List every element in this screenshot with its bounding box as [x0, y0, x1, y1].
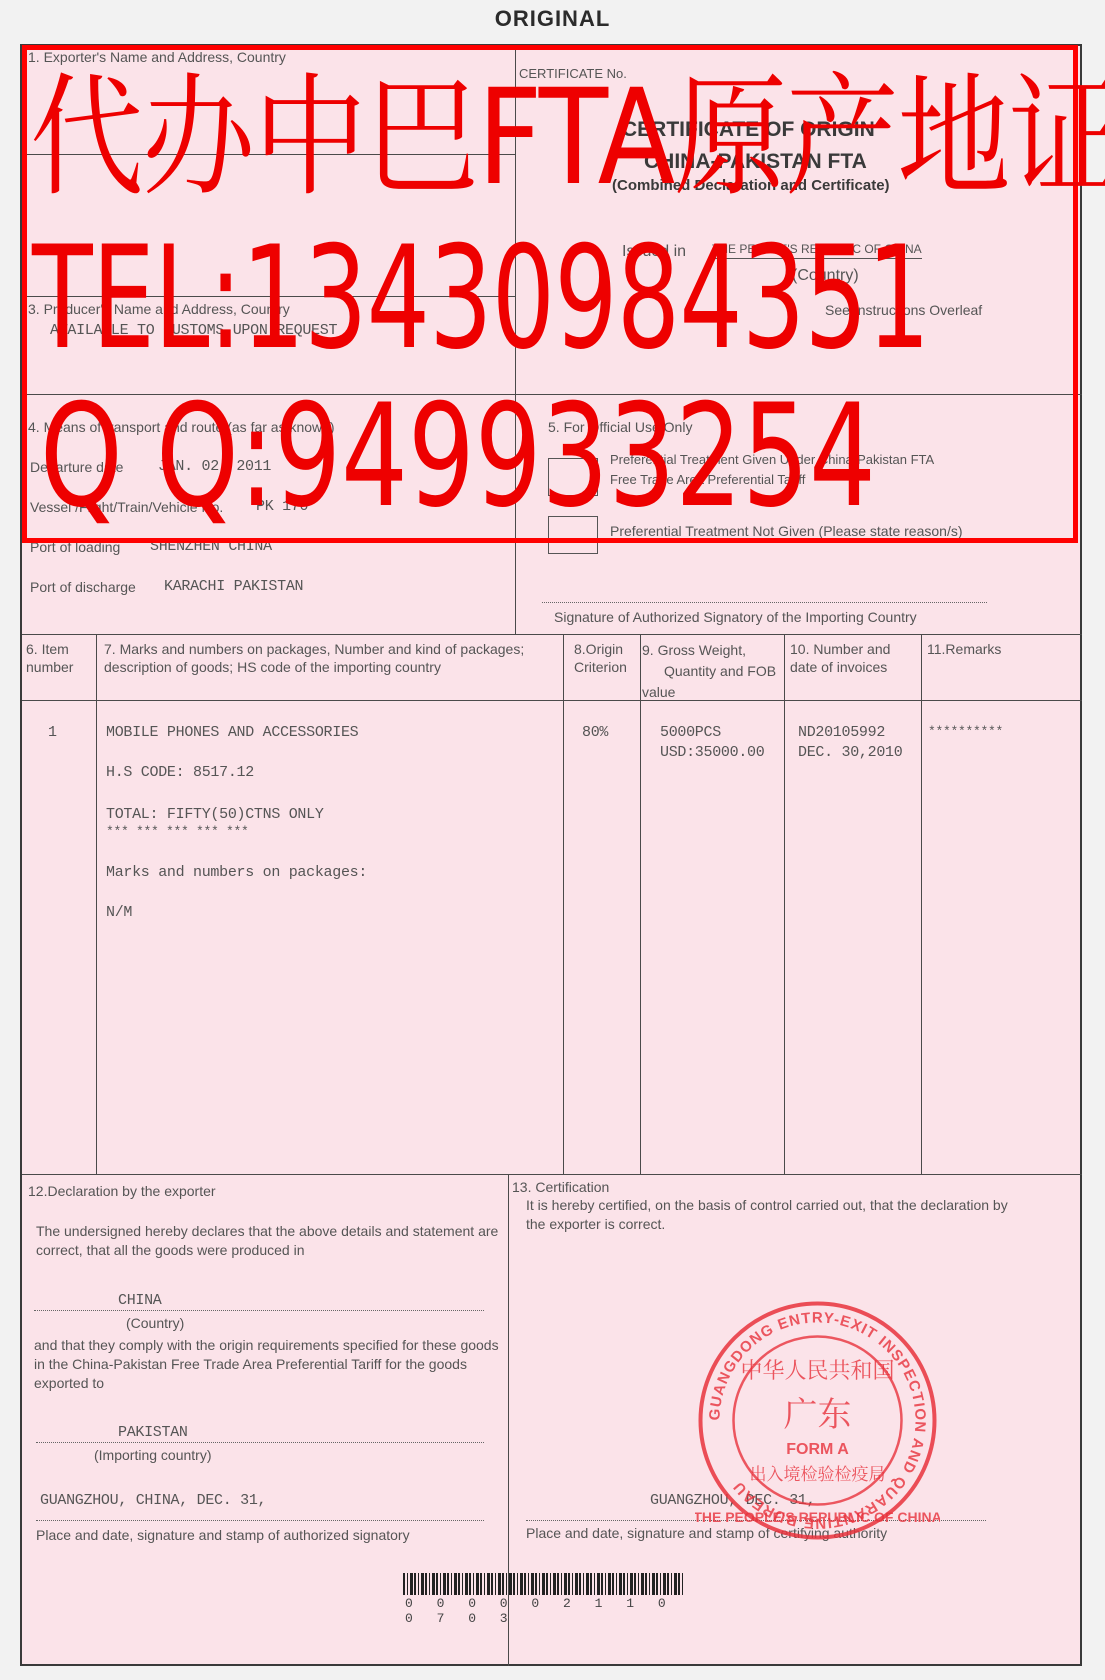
document-title: ORIGINAL: [0, 6, 1105, 32]
divider-table-bottom: [22, 1174, 1082, 1175]
separator-stars: *** *** *** *** ***: [106, 824, 249, 839]
declaration-text: The undersigned hereby declares that the…: [36, 1222, 502, 1260]
header-invoices: 10. Number anddate of invoices: [790, 640, 890, 676]
port-discharge-value: KARACHI PAKISTAN: [164, 578, 303, 595]
quantity: 5000PCS: [660, 724, 721, 741]
exporter-signature-label: Place and date, signature and stamp of a…: [36, 1526, 410, 1544]
country-line: [34, 1310, 484, 1311]
goods-description: MOBILE PHONES AND ACCESSORIES: [106, 724, 358, 741]
header-gross-weight: 9. Gross Weight,Quantity and FOBvalue: [642, 640, 776, 703]
importing-line: [36, 1442, 484, 1443]
barcode-number: 0 0 0 0 0 2 1 1 0 0 7 0 3: [405, 1596, 687, 1626]
barcode: [403, 1573, 685, 1595]
svg-text:FORM A: FORM A: [786, 1441, 849, 1458]
importing-country-value: PAKISTAN: [118, 1424, 188, 1441]
svg-text:THE PEOPLE'S REPUBLIC OF CHINA: THE PEOPLE'S REPUBLIC OF CHINA: [695, 1509, 940, 1525]
certification-text: It is hereby certified, on the basis of …: [526, 1196, 1012, 1234]
col-divider: [921, 634, 922, 1174]
divider-table-header: [22, 700, 1082, 701]
item-number: 1: [48, 724, 57, 741]
svg-text:广东: 广东: [784, 1395, 852, 1435]
invoice-date: DEC. 30,2010: [798, 744, 902, 761]
marks-value: N/M: [106, 904, 132, 921]
official-seal-stamp: GUANGDONG ENTRY-EXIT INSPECTION AND QUAR…: [695, 1298, 940, 1543]
header-item-number: 6. Itemnumber: [26, 640, 73, 676]
col-divider: [563, 634, 564, 1174]
watermark-qq: Q Q:949933254: [40, 386, 876, 528]
package-total: TOTAL: FIFTY(50)CTNS ONLY: [106, 806, 324, 823]
fob-value: USD:35000.00: [660, 744, 764, 761]
signature-line: [542, 602, 987, 603]
col-divider: [640, 634, 641, 1174]
watermark-service-text: 代办中巴FTA原产地证: [30, 72, 1105, 204]
header-remarks: 11.Remarks: [927, 640, 1001, 658]
importing-country-label: (Importing country): [94, 1446, 211, 1464]
certification-label: 13. Certification: [512, 1178, 609, 1196]
marks-label: Marks and numbers on packages:: [106, 864, 367, 881]
port-discharge-label: Port of discharge: [30, 578, 136, 596]
origin-criterion: 80%: [582, 724, 608, 741]
svg-text:出入境检验检疫局: 出入境检验检疫局: [750, 1465, 886, 1485]
divider-table-top: [22, 634, 1082, 635]
svg-text:中华人民共和国: 中华人民共和国: [740, 1359, 894, 1384]
exporter-signature-line: [36, 1520, 484, 1521]
watermark-phone: TEL:13430984351: [32, 228, 930, 370]
importing-signature-label: Signature of Authorized Signatory of the…: [554, 608, 917, 626]
header-description: 7. Marks and numbers on packages, Number…: [104, 640, 524, 676]
remarks-value: **********: [928, 724, 1003, 739]
col-divider: [96, 634, 97, 1174]
invoice-number: ND20105992: [798, 724, 885, 741]
col-divider: [784, 634, 785, 1174]
produced-country-label: (Country): [126, 1314, 184, 1332]
produced-country-value: CHINA: [118, 1292, 162, 1309]
exporter-place-date: GUANGZHOU, CHINA, DEC. 31,: [40, 1492, 266, 1509]
hs-code: H.S CODE: 8517.12: [106, 764, 254, 781]
header-origin-criterion: 8.OriginCriterion: [574, 640, 627, 676]
declaration-label: 12.Declaration by the exporter: [28, 1182, 216, 1200]
compliance-text: and that they comply with the origin req…: [34, 1336, 502, 1393]
